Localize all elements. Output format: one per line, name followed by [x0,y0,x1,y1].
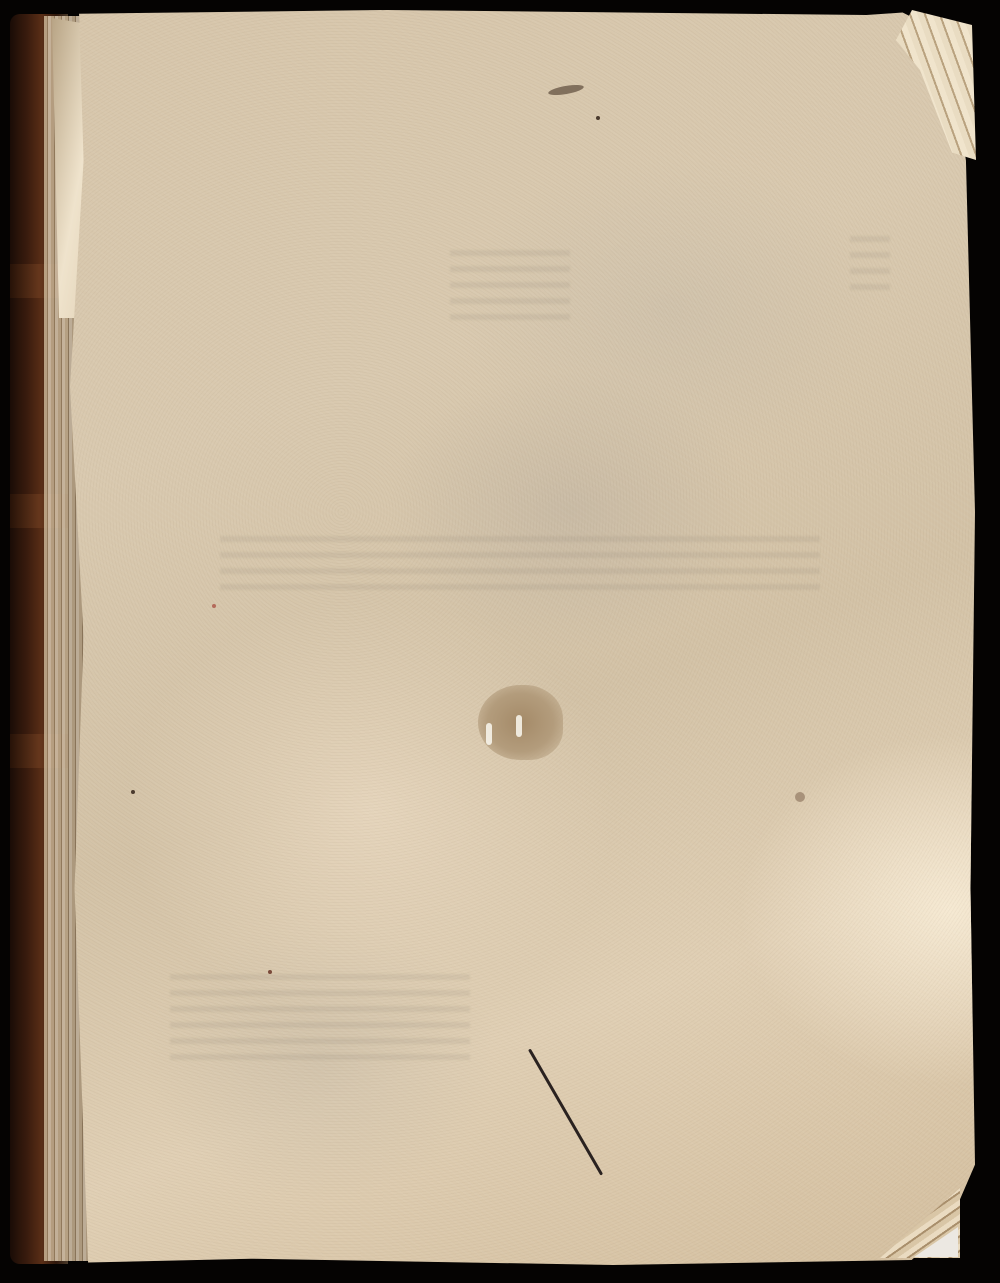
paper-texture [70,10,975,1265]
brown-stain [478,685,563,760]
ink-dot [268,970,272,974]
ink-dot [795,792,805,802]
ink-dot [596,116,600,120]
photo-background [0,0,1000,1283]
stain-fleck [516,715,522,737]
show-through-text [170,970,470,1060]
stain-fleck [486,723,492,745]
ink-dot [131,790,135,794]
book-page [70,10,975,1265]
show-through-text [450,240,570,320]
show-through-text [220,530,820,590]
ink-dot [212,604,216,608]
show-through-text [850,230,890,290]
